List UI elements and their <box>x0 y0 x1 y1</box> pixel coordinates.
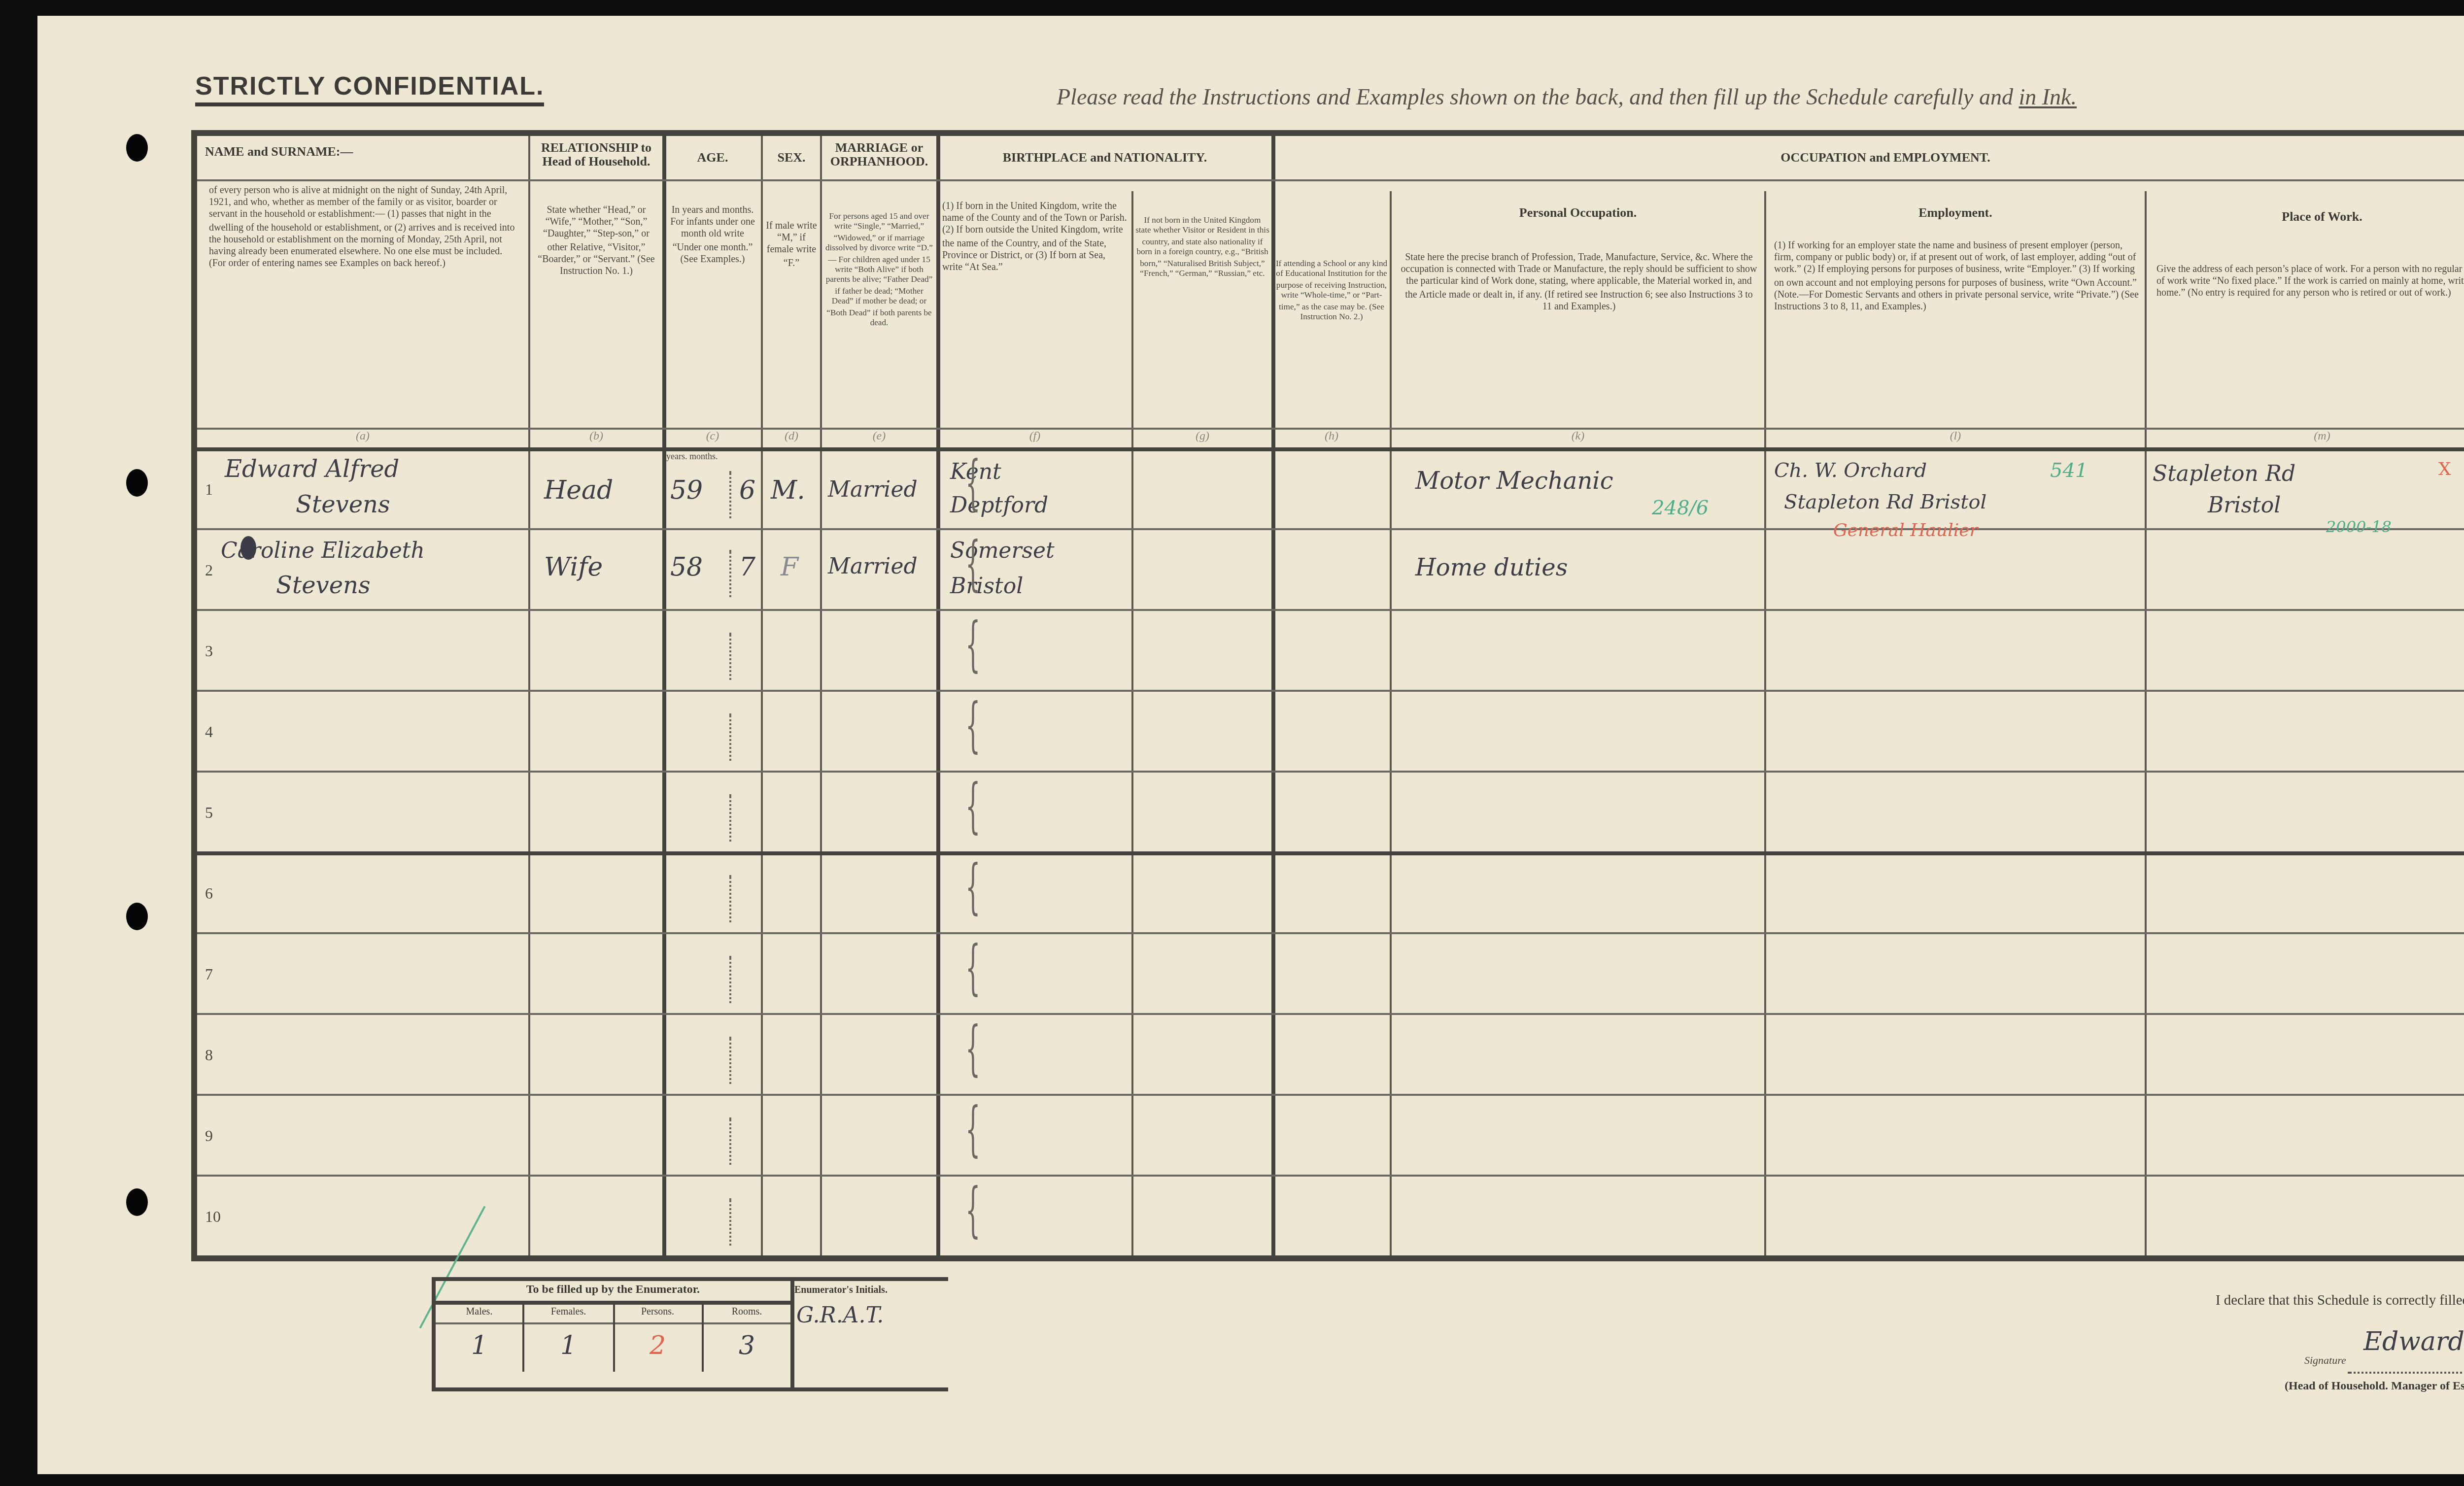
brace: { <box>965 1102 981 1161</box>
brace: { <box>965 455 981 514</box>
males-cell: Males. 1 <box>436 1305 525 1372</box>
enumerator-initials-value: G.R.A.T. <box>790 1303 948 1328</box>
row-divider <box>197 1094 2464 1096</box>
col-divider <box>820 136 822 1255</box>
confidential-heading: STRICTLY CONFIDENTIAL. <box>195 71 545 106</box>
personal-occupation-instructions: State here the precise branch of Profess… <box>1400 254 1758 315</box>
col-divider <box>1764 191 1766 1255</box>
birthplace-column-title: BIRTHPLACE and NATIONALITY. <box>938 152 1271 166</box>
school-column-instructions: If attending a School or any kind of Edu… <box>1275 258 1388 322</box>
person-2-marital-status: Married <box>828 554 918 579</box>
age-divider <box>729 633 731 680</box>
person-2-birth-town: Bristol <box>950 574 1023 599</box>
person-1-sex: M. <box>771 477 805 507</box>
census-schedule-page: STRICTLY CONFIDENTIAL. Please read the I… <box>37 16 2464 1474</box>
age-divider <box>729 1198 731 1246</box>
person-2-surname: Stevens <box>276 572 371 599</box>
punch-hole <box>126 134 148 162</box>
instructions-line: Please read the Instructions and Example… <box>1057 87 2077 110</box>
ink-blot <box>240 536 256 560</box>
column-letter-f: (f) <box>938 432 1131 443</box>
months-label: months. <box>689 451 718 461</box>
occupation-group-title: OCCUPATION and EMPLOYMENT. <box>1273 152 2464 166</box>
age-divider <box>729 471 731 518</box>
person-1-place-mark: X <box>2438 461 2451 481</box>
brace: { <box>965 617 981 676</box>
instructions-text: Please read the Instructions and Example… <box>1057 87 2019 110</box>
person-2-age-years: 58 <box>670 554 703 583</box>
rooms-value: 3 <box>703 1324 790 1372</box>
name-column-title: NAME and SURNAME:— <box>205 146 520 160</box>
signature-line <box>2348 1372 2464 1374</box>
brace: { <box>965 778 981 838</box>
col-divider <box>761 136 763 1255</box>
employment-instructions: (1) If working for an employer state the… <box>1774 242 2139 316</box>
place-of-work-title: Place of Work. <box>2147 211 2464 225</box>
col-divider <box>2145 191 2147 1255</box>
row-divider <box>197 179 2464 181</box>
males-label: Males. <box>436 1305 523 1324</box>
person-1-employer-code: 541 <box>2050 461 2088 483</box>
person-1-employer-correction: General Haulier <box>1833 522 1978 542</box>
enumerator-summary-box: To be filled up by the Enumerator. Males… <box>432 1277 794 1391</box>
punch-hole <box>126 903 148 930</box>
brace: { <box>965 1021 981 1080</box>
column-letter-b: (b) <box>530 432 662 443</box>
column-letter-l: (l) <box>1766 432 2145 443</box>
person-1-age-months: 6 <box>739 477 755 507</box>
row-number: 1 <box>205 481 213 499</box>
column-letter-a: (a) <box>197 432 528 443</box>
person-1-relationship: Head <box>544 477 613 507</box>
column-letter-m: (m) <box>2147 432 2464 443</box>
row-divider <box>197 851 2464 855</box>
row-number: 8 <box>205 1047 213 1064</box>
person-1-surname: Stevens <box>296 491 390 518</box>
row-number: 3 <box>205 642 213 660</box>
person-1-employer-address: Stapleton Rd Bristol <box>1784 493 1986 514</box>
person-1-place-code: 2000-18 <box>2326 518 2392 536</box>
brace: { <box>965 1182 981 1242</box>
row-divider <box>197 1013 2464 1015</box>
col-divider <box>1131 191 1133 1255</box>
person-1-occupation-code: 248/6 <box>1652 499 1709 520</box>
brace: { <box>965 536 981 595</box>
col-divider <box>662 136 666 1255</box>
birthplace-column-instructions: (1) If born in the United Kingdom, write… <box>942 203 1128 276</box>
row-number: 4 <box>205 723 213 741</box>
name-column-instructions: of every person who is alive at midnight… <box>209 187 520 273</box>
person-2-relationship: Wife <box>544 554 603 583</box>
person-2-sex: F <box>781 554 798 583</box>
person-1-employer: Ch. W. Orchard <box>1774 461 1927 483</box>
place-of-work-instructions: Give the address of each person’s place … <box>2156 266 2464 303</box>
column-letter-c: (c) <box>664 432 761 443</box>
females-value: 1 <box>525 1324 612 1372</box>
enumerator-initials-box: Enumerator's Initials. G.R.A.T. <box>790 1277 948 1391</box>
col-divider <box>528 136 530 1255</box>
document-viewer: STRICTLY CONFIDENTIAL. Please read the I… <box>0 0 2464 1486</box>
brace: { <box>965 859 981 918</box>
enumerator-initials-label: Enumerator's Initials. <box>790 1281 948 1303</box>
marriage-column-instructions: For persons aged 15 and over write “Sing… <box>824 211 934 328</box>
row-divider <box>197 771 2464 773</box>
col-divider <box>1390 191 1392 1255</box>
age-divider <box>729 1117 731 1165</box>
sex-column-title: SEX. <box>763 152 820 166</box>
row-number: 7 <box>205 966 213 983</box>
employment-title: Employment. <box>1766 207 2145 221</box>
age-divider <box>729 1037 731 1084</box>
sex-column-instructions: If male write “M,” if female write “F.” <box>765 223 818 271</box>
row-number: 10 <box>205 1208 221 1226</box>
brace: { <box>965 698 981 757</box>
signature-note: (Head of Household. Manager of Establish… <box>2285 1382 2464 1393</box>
row-divider <box>197 428 2464 430</box>
col-divider <box>936 136 940 1255</box>
persons-label: Persons. <box>614 1305 701 1324</box>
males-value: 1 <box>436 1324 523 1372</box>
signature-value: Edward Alfred Stevens <box>2363 1328 2464 1358</box>
column-letter-d: (d) <box>763 432 820 443</box>
person-2-age-months: 7 <box>739 554 755 583</box>
declaration-text: I declare that this Schedule is correctl… <box>2216 1293 2464 1309</box>
age-divider <box>729 875 731 922</box>
row-divider <box>197 932 2464 934</box>
relationship-column-title: RELATIONSHIP to Head of Household. <box>530 142 662 169</box>
column-letter-h: (h) <box>1273 432 1390 443</box>
age-column-instructions: In years and months. For infants under o… <box>666 207 759 268</box>
person-1-birth-town: Deptford <box>950 493 1048 518</box>
persons-cell: Persons. 2 <box>614 1305 703 1372</box>
column-letter-g: (g) <box>1133 432 1271 443</box>
person-2-occupation: Home duties <box>1415 554 1568 581</box>
census-form-table: NAME and SURNAME:— of every person who i… <box>191 130 2464 1261</box>
person-1-place-town: Bristol <box>2208 493 2281 518</box>
rooms-cell: Rooms. 3 <box>703 1305 790 1372</box>
column-letter-k: (k) <box>1392 432 1764 443</box>
age-subheader: years. months. <box>666 451 718 461</box>
header-bottom-divider <box>197 447 2464 451</box>
age-divider <box>729 956 731 1003</box>
in-ink-emphasis: in Ink. <box>2019 87 2077 110</box>
signature-label: Signature <box>2304 1356 2346 1368</box>
personal-occupation-title: Personal Occupation. <box>1392 207 1764 221</box>
rooms-label: Rooms. <box>703 1305 790 1324</box>
nationality-column-instructions: If not born in the United Kingdom state … <box>1135 215 1269 279</box>
age-divider <box>729 794 731 842</box>
column-letter-e: (e) <box>822 432 936 443</box>
person-1-forenames: Edward Alfred <box>225 455 399 483</box>
col-divider <box>1271 136 1275 1255</box>
brace: { <box>965 940 981 999</box>
row-divider <box>197 1175 2464 1177</box>
person-1-occupation: Motor Mechanic <box>1415 467 1613 495</box>
row-number: 5 <box>205 804 213 822</box>
person-1-place-of-work: Stapleton Rd <box>2153 461 2295 487</box>
punch-hole <box>126 469 148 497</box>
relationship-column-instructions: State whether “Head,” or “Wife,” “Mother… <box>532 207 660 280</box>
person-1-age-years: 59 <box>670 477 703 507</box>
age-divider <box>729 713 731 761</box>
row-divider <box>197 690 2464 692</box>
females-cell: Females. 1 <box>525 1305 614 1372</box>
years-label: years. <box>666 451 687 461</box>
marriage-column-title: MARRIAGE or ORPHANHOOD. <box>822 142 936 169</box>
persons-value: 2 <box>614 1324 701 1372</box>
row-number: 9 <box>205 1127 213 1145</box>
row-number: 2 <box>205 562 213 579</box>
females-label: Females. <box>525 1305 612 1324</box>
row-divider <box>197 528 2464 530</box>
punch-hole <box>126 1188 148 1216</box>
row-divider <box>197 609 2464 611</box>
enumerator-summary-title: To be filled up by the Enumerator. <box>436 1281 790 1305</box>
row-number: 6 <box>205 885 213 903</box>
age-divider <box>729 550 731 597</box>
person-1-marital-status: Married <box>828 477 918 503</box>
age-column-title: AGE. <box>664 152 761 166</box>
enumerator-summary-cells: Males. 1 Females. 1 Persons. 2 Rooms. 3 <box>436 1305 790 1372</box>
